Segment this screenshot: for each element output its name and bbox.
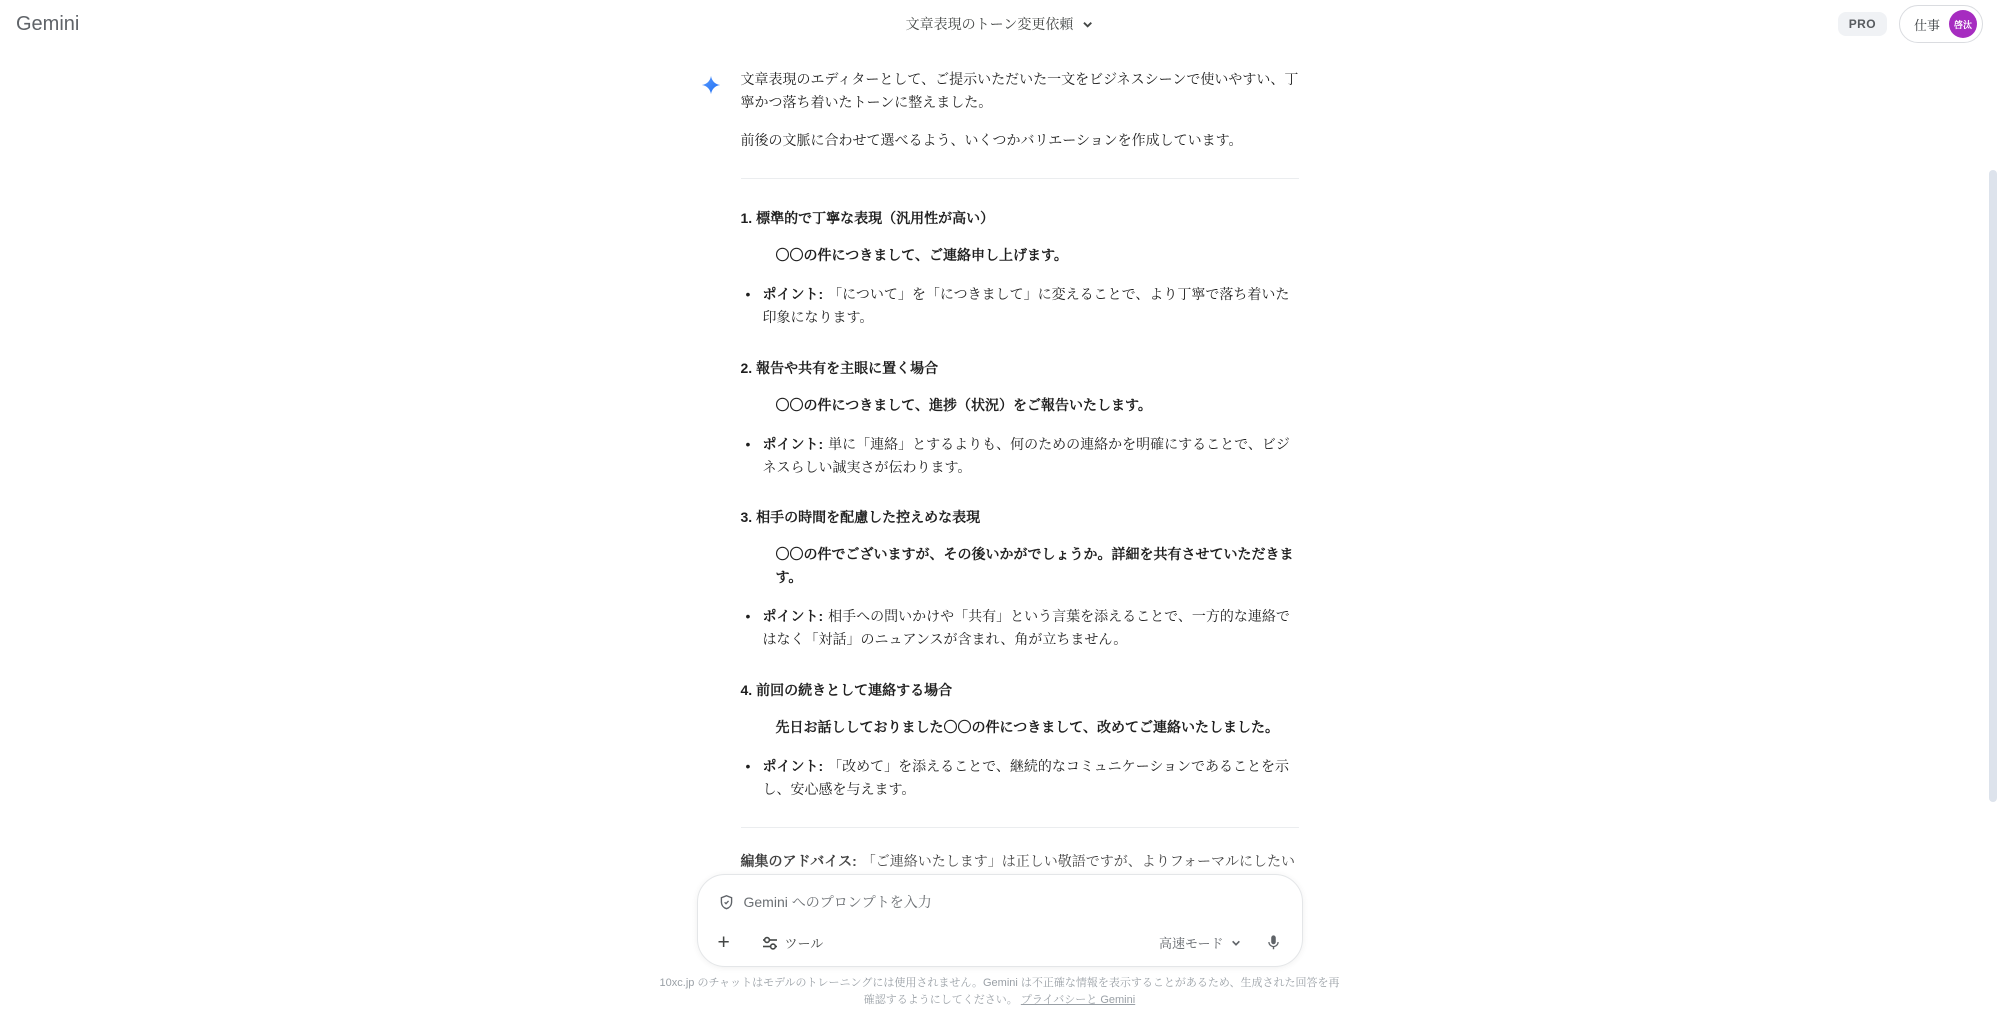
response-icon-column (701, 68, 741, 980)
composer-actions: + ツール 高速モード (718, 932, 1282, 953)
scrollbar-thumb[interactable] (1989, 170, 1997, 802)
mode-selector[interactable]: 高速モード (1159, 933, 1240, 952)
mode-label: 高速モード (1159, 933, 1223, 952)
chevron-down-icon (1082, 19, 1093, 30)
account-button[interactable]: 仕事 啓汰 (1899, 5, 1983, 43)
tone-section-1: 1. 標準的で丁寧な表現（汎用性が高い） 〇〇の件につきまして、ご連絡申し上げま… (741, 207, 1299, 329)
bullet-marker (741, 605, 763, 651)
divider (741, 827, 1299, 828)
avatar[interactable]: 啓汰 (1949, 10, 1977, 38)
point-label: ポイント: (763, 608, 824, 624)
tune-icon (762, 935, 778, 951)
header-right: PRO 仕事 啓汰 (1838, 5, 1983, 43)
gemini-sparkle-icon (701, 75, 721, 95)
point-text: 「改めて」を添えることで、継続的なコミュニケーションであることを示し、安心感を与… (763, 758, 1290, 797)
chevron-down-icon (1231, 938, 1241, 948)
model-response: 文章表現のエディターとして、ご提示いただいた一文をビジネスシーンで使いやすい、丁… (701, 68, 1299, 980)
point-paragraph: ポイント:「改めて」を添えることで、継続的なコミュニケーションであることを示し、… (763, 755, 1299, 801)
add-attachment-button[interactable]: + (718, 932, 744, 953)
divider (741, 178, 1299, 179)
prompt-box[interactable]: Gemini へのプロンプトを入力 + ツール 高速モード (697, 874, 1303, 967)
intro-paragraph: 前後の文脈に合わせて選べるよう、いくつかバリエーションを作成しています。 (741, 129, 1299, 152)
point-paragraph: ポイント:「について」を「につきまして」に変えることで、より丁寧で落ち着いた印象… (763, 283, 1299, 329)
bullet-marker (741, 283, 763, 329)
point-label: ポイント: (763, 758, 824, 774)
gemini-logo[interactable]: Gemini (16, 13, 79, 36)
intro-paragraph: 文章表現のエディターとして、ご提示いただいた一文をビジネスシーンで使いやすい、丁… (741, 68, 1299, 114)
workspace-label: 仕事 (1914, 15, 1940, 34)
tone-section-3: 3. 相手の時間を配慮した控えめな表現 〇〇の件でございますが、その後いかがでし… (741, 506, 1299, 651)
point-bullet: ポイント:「改めて」を添えることで、継続的なコミュニケーションであることを示し、… (741, 755, 1299, 801)
point-text: 相手への問いかけや「共有」という言葉を添えることで、一方的な連絡ではなく「対話」… (763, 608, 1290, 647)
point-text: 単に「連絡」とするよりも、何のための連絡かを明確にすることで、ビジネスらしい誠実… (763, 436, 1290, 475)
composer-area: Gemini へのプロンプトを入力 + ツール 高速モード (697, 874, 1303, 967)
disclaimer-text: 10xc.jp のチャットはモデルのトレーニングには使用されません。Gemini… (660, 977, 1340, 1007)
prompt-input[interactable]: Gemini へのプロンプトを入力 (718, 892, 1282, 912)
disclaimer-footer: 10xc.jp のチャットはモデルのトレーニングには使用されません。Gemini… (660, 975, 1340, 1010)
bullet-marker (741, 433, 763, 479)
conversation-title-menu[interactable]: 文章表現のトーン変更依頼 (896, 8, 1104, 40)
tools-button[interactable]: ツール (762, 933, 824, 952)
mic-button[interactable] (1265, 934, 1282, 951)
shield-icon (718, 894, 735, 911)
bullet-marker (741, 755, 763, 801)
section-heading: 3. 相手の時間を配慮した控えめな表現 (741, 506, 1299, 529)
response-content: 文章表現のエディターとして、ご提示いただいた一文をビジネスシーンで使いやすい、丁… (741, 68, 1299, 980)
tone-section-2: 2. 報告や共有を主眼に置く場合 〇〇の件につきまして、進捗（状況）をご報告いた… (741, 357, 1299, 479)
point-bullet: ポイント:単に「連絡」とするよりも、何のための連絡かを明確にすることで、ビジネス… (741, 433, 1299, 479)
top-bar: Gemini 文章表現のトーン変更依頼 PRO 仕事 啓汰 (0, 0, 1999, 48)
advice-label: 編集のアドバイス: (741, 853, 857, 869)
privacy-link[interactable]: プライバシーと Gemini (1021, 994, 1135, 1006)
section-heading: 4. 前回の続きとして連絡する場合 (741, 679, 1299, 702)
example-sentence: 〇〇の件でございますが、その後いかがでしょうか。詳細を共有させていただきます。 (741, 543, 1299, 589)
point-label: ポイント: (763, 436, 824, 452)
microphone-icon (1265, 934, 1282, 951)
point-label: ポイント: (763, 286, 824, 302)
point-text: 「について」を「につきまして」に変えることで、より丁寧で落ち着いた印象になります… (763, 286, 1290, 325)
example-sentence: 〇〇の件につきまして、進捗（状況）をご報告いたします。 (741, 394, 1299, 417)
example-sentence: 〇〇の件につきまして、ご連絡申し上げます。 (741, 244, 1299, 267)
section-heading: 2. 報告や共有を主眼に置く場合 (741, 357, 1299, 380)
point-bullet: ポイント:「について」を「につきまして」に変えることで、より丁寧で落ち着いた印象… (741, 283, 1299, 329)
tone-section-4: 4. 前回の続きとして連絡する場合 先日お話ししておりました〇〇の件につきまして… (741, 679, 1299, 801)
section-heading: 1. 標準的で丁寧な表現（汎用性が高い） (741, 207, 1299, 230)
conversation-title: 文章表現のトーン変更依頼 (906, 14, 1074, 34)
pro-badge: PRO (1838, 12, 1887, 36)
point-paragraph: ポイント:単に「連絡」とするよりも、何のための連絡かを明確にすることで、ビジネス… (763, 433, 1299, 479)
prompt-placeholder: Gemini へのプロンプトを入力 (744, 892, 932, 912)
example-sentence: 先日お話ししておりました〇〇の件につきまして、改めてご連絡いたしました。 (741, 716, 1299, 739)
point-bullet: ポイント:相手への問いかけや「共有」という言葉を添えることで、一方的な連絡ではな… (741, 605, 1299, 651)
tools-label: ツール (785, 933, 824, 952)
point-paragraph: ポイント:相手への問いかけや「共有」という言葉を添えることで、一方的な連絡ではな… (763, 605, 1299, 651)
